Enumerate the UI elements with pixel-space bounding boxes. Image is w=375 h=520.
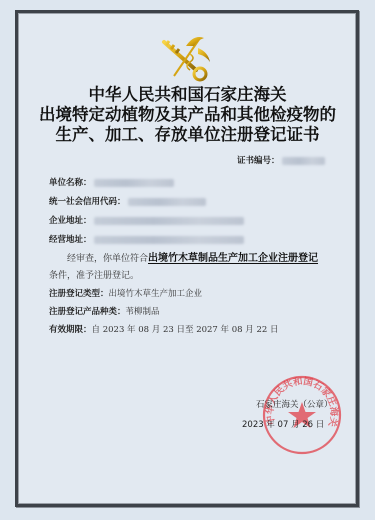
issuer-name: 石家庄海关（公章） [256, 398, 333, 410]
field-label: 企业地址： [49, 216, 92, 226]
customs-emblem-icon [160, 32, 216, 82]
review-condition-underlined: 出境竹木草制品生产加工企业注册登记 [148, 253, 318, 264]
field-value: 出境竹木草生产加工企业 [109, 289, 203, 299]
registration-type: 注册登记类型：出境竹木草生产加工企业 [49, 287, 202, 299]
field-value: 苇柳制品 [126, 307, 160, 317]
redacted-value [94, 217, 244, 225]
field-label: 注册登记产品种类： [49, 307, 126, 317]
field-label: 注册登记类型： [49, 289, 109, 299]
certificate-title: 中华人民共和国石家庄海关 出境特定动植物及其产品和其他检疫物的 生产、加工、存放… [0, 85, 375, 145]
field-label: 统一社会信用代码： [49, 197, 126, 207]
title-line-1: 中华人民共和国石家庄海关 [0, 85, 375, 105]
validity-period: 有效期限：自 2023 年 08 月 23 日至 2027 年 08 月 22 … [49, 323, 278, 335]
review-statement: 经审查，你单位符合出境竹木草制品生产加工企业注册登记 [67, 249, 347, 264]
redacted-value [128, 198, 206, 206]
redacted-value [94, 179, 174, 187]
review-suffix: 条件，准予注册登记。 [49, 268, 329, 281]
redacted-value [94, 236, 244, 244]
review-prefix: 经审查，你单位符合 [67, 254, 148, 264]
certificate-number: 证书编号： [237, 154, 325, 166]
field-value: 自 2023 年 08 月 23 日至 2027 年 08 月 22 日 [92, 325, 279, 335]
official-seal-icon: 中华人民共和国石家庄海关 [261, 374, 343, 456]
field-label: 经营地址： [49, 235, 92, 245]
certificate-number-redacted [282, 157, 325, 165]
product-category: 注册登记产品种类：苇柳制品 [49, 305, 160, 317]
field-enterprise-address: 企业地址： [49, 214, 244, 226]
title-line-3: 生产、加工、存放单位注册登记证书 [0, 125, 375, 145]
issue-date: 2023 年 07 月 26 日 [242, 418, 324, 430]
certificate-number-label: 证书编号： [237, 156, 280, 166]
field-credit-code: 统一社会信用代码： [49, 195, 206, 207]
title-line-2: 出境特定动植物及其产品和其他检疫物的 [0, 105, 375, 125]
field-label: 单位名称： [49, 178, 92, 188]
field-business-address: 经营地址： [49, 233, 244, 245]
field-label: 有效期限： [49, 325, 92, 335]
field-unit-name: 单位名称： [49, 176, 174, 188]
